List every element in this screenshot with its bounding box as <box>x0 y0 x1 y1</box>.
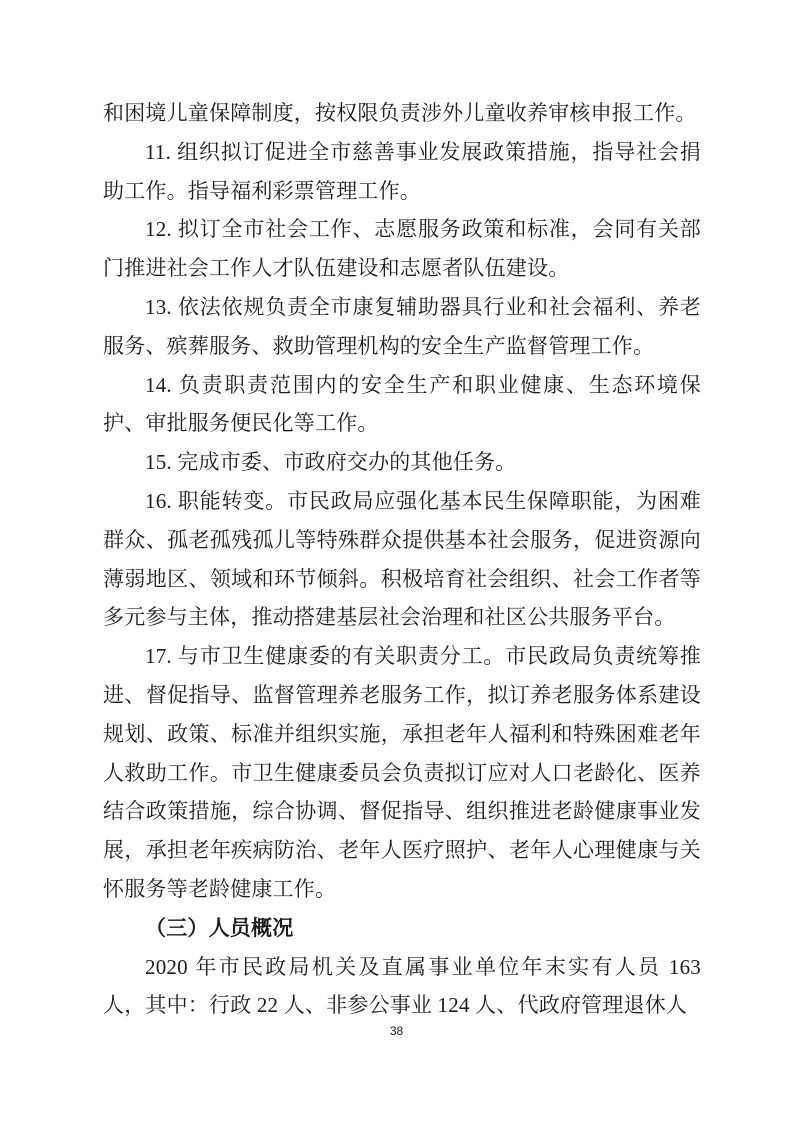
paragraph-continuation: 和困境儿童保障制度，按权限负责涉外儿童收养审核申报工作。 <box>103 94 701 133</box>
paragraph-item-16: 16. 职能转变。市民政局应强化基本民生保障职能，为困难群众、孤老孤残孤儿等特殊… <box>103 482 701 637</box>
paragraph-item-12: 12. 拟订全市社会工作、志愿服务政策和标准，会同有关部门推进社会工作人才队伍建… <box>103 210 701 288</box>
paragraph-item-15: 15. 完成市委、市政府交办的其他任务。 <box>103 443 701 482</box>
paragraph-item-14: 14. 负责职责范围内的安全生产和职业健康、生态环境保护、审批服务便民化等工作。 <box>103 366 701 444</box>
document-page: 和困境儿童保障制度，按权限负责涉外儿童收养审核申报工作。 11. 组织拟订促进全… <box>0 0 793 1122</box>
paragraph-item-11: 11. 组织拟订促进全市慈善事业发展政策措施，指导社会捐助工作。指导福利彩票管理… <box>103 133 701 211</box>
paragraph-item-13: 13. 依法依规负责全市康复辅助器具行业和社会福利、养老服务、殡葬服务、救助管理… <box>103 288 701 366</box>
section-heading: （三）人员概况 <box>103 909 701 948</box>
page-number: 38 <box>0 1024 793 1038</box>
paragraph-item-17: 17. 与市卫生健康委的有关职责分工。市民政局负责统筹推进、督促指导、监督管理养… <box>103 637 701 909</box>
document-body: 和困境儿童保障制度，按权限负责涉外儿童收养审核申报工作。 11. 组织拟订促进全… <box>103 94 701 1025</box>
paragraph-staffing: 2020 年市民政局机关及直属事业单位年末实有人员 163 人，其中：行政 22… <box>103 948 701 1026</box>
